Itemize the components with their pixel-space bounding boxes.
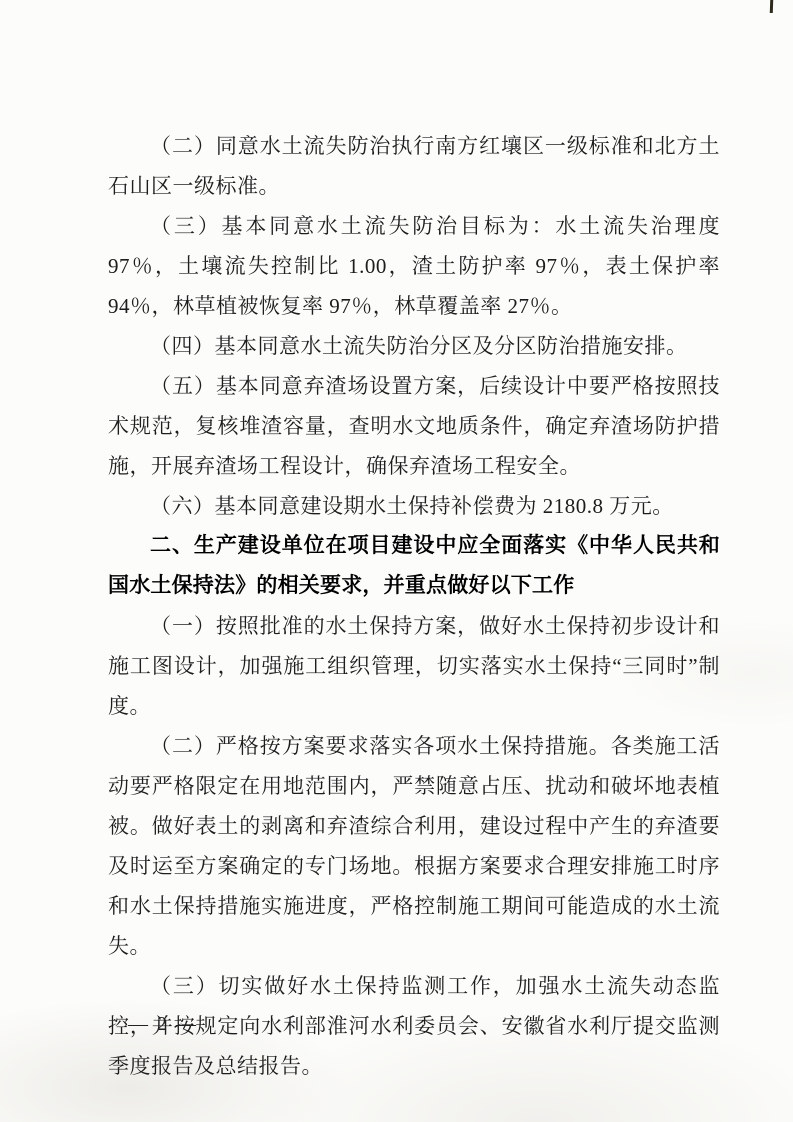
document-body: （二）同意水土流失防治执行南方红壤区一级标准和北方土石山区一级标准。（三）基本同…: [108, 126, 720, 1086]
paragraph-work-item-2: （二）严格按方案要求落实各项水土保持措施。各类施工活动要严格限定在用地范围内，严…: [108, 726, 720, 966]
paragraph-approval-item-6: （六）基本同意建设期水土保持补偿费为 2180.8 万元。: [108, 486, 720, 526]
paragraph-approval-item-3: （三）基本同意水土流失防治目标为：水土流失治理度 97％，土壤流失控制比 1.0…: [108, 206, 720, 326]
scanned-document-page: （二）同意水土流失防治执行南方红壤区一级标准和北方土石山区一级标准。（三）基本同…: [0, 0, 793, 1122]
paragraph-work-item-3: （三）切实做好水土保持监测工作，加强水土流失动态监控，并按规定向水利部淮河水利委…: [108, 966, 720, 1086]
scan-edge-mark: [770, 0, 773, 13]
paragraph-work-item-1: （一）按照批准的水土保持方案，做好水土保持初步设计和施工图设计，加强施工组织管理…: [108, 606, 720, 726]
paragraph-approval-item-2: （二）同意水土流失防治执行南方红壤区一级标准和北方土石山区一级标准。: [108, 126, 720, 206]
page-number: — 2 —: [128, 1008, 198, 1040]
paragraph-approval-item-5: （五）基本同意弃渣场设置方案，后续设计中要严格按照技术规范，复核堆渣容量，查明水…: [108, 366, 720, 486]
paragraph-approval-item-4: （四）基本同意水土流失防治分区及分区防治措施安排。: [108, 326, 720, 366]
paragraph-section-2-heading: 二、生产建设单位在项目建设中应全面落实《中华人民共和国水土保持法》的相关要求，并…: [108, 526, 720, 606]
